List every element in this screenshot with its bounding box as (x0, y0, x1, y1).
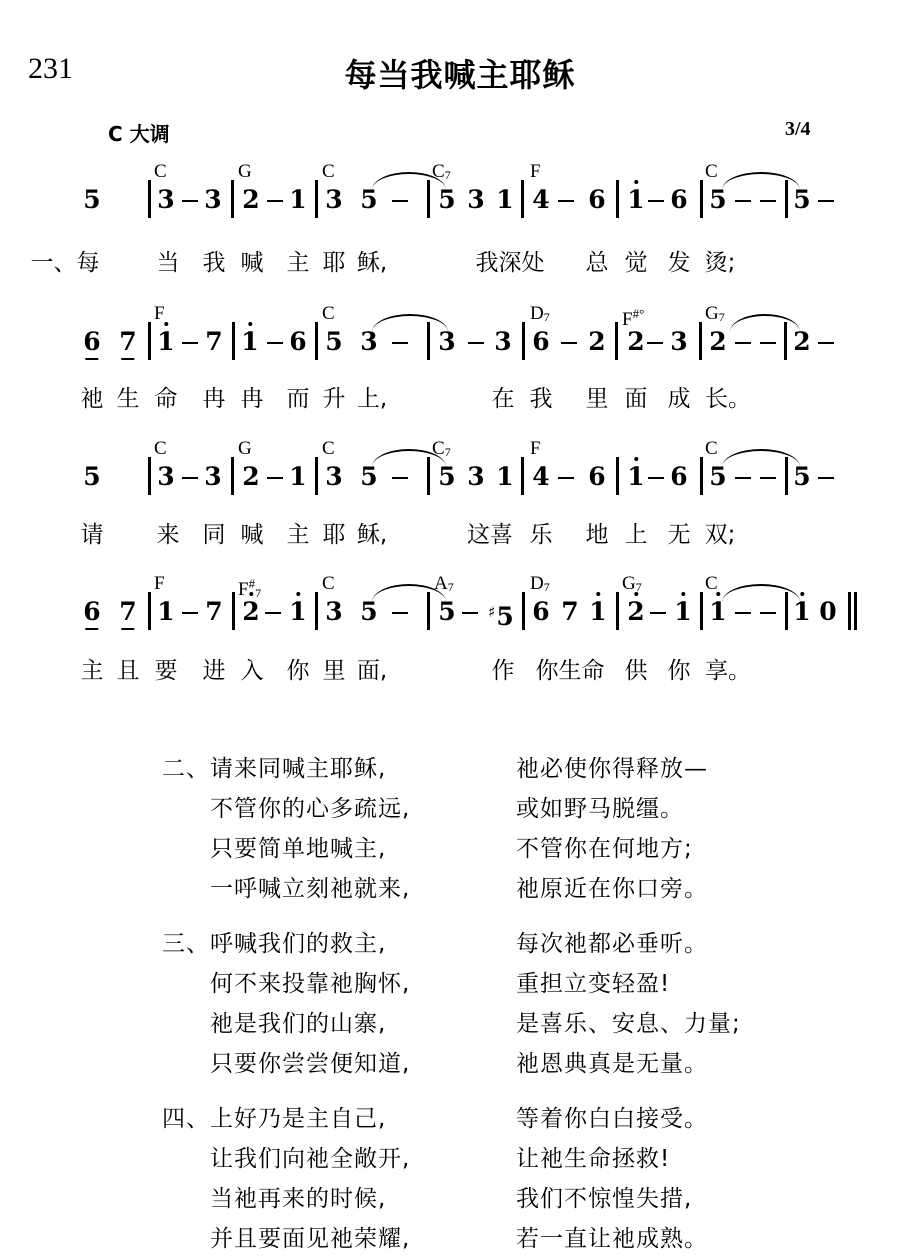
note: 7 (119, 598, 136, 626)
note: 2 (709, 328, 726, 356)
note: 5 (360, 598, 377, 626)
tie-arc (722, 584, 800, 602)
hymn-title-text: 每当我喊主耶稣 (344, 56, 575, 94)
chord-symbol: C (705, 439, 718, 459)
note: 6 (670, 463, 687, 491)
verse-2-right-line: 不管你在何地方; (516, 830, 693, 863)
bar-line (784, 322, 787, 360)
bar-line (785, 592, 788, 630)
note: 6 (289, 328, 306, 356)
lyric-syllable: 双; (705, 516, 736, 549)
chord-symbol: C (154, 162, 167, 182)
lyric-syllable: 命 (155, 380, 178, 413)
note: 4 (532, 186, 549, 214)
lyric-syllable: 发 (668, 244, 691, 277)
lyric-syllable: 乐 (530, 516, 553, 549)
bar-line (427, 180, 430, 218)
lyric-syllable: 里 (586, 380, 609, 413)
chord-symbol: F (530, 439, 541, 459)
duration-dash (392, 612, 408, 614)
chord-symbol: F (154, 574, 165, 594)
bar-line (427, 322, 430, 360)
note: 5 (438, 598, 455, 626)
note: 1 (674, 598, 691, 626)
note: 3 (325, 463, 342, 491)
bar-line (427, 592, 430, 630)
bar-line (615, 322, 618, 360)
lyric-syllable: 主 (81, 652, 104, 685)
note: 1 (627, 186, 644, 214)
note: 6 (83, 328, 100, 356)
note: 5 (83, 186, 100, 214)
lyric-syllable: 这喜 (467, 516, 513, 549)
lyric-syllable: 总 (586, 244, 609, 277)
verse-2-right-line: 祂必使你得释放— (516, 750, 708, 783)
lyric-syllable: 请 (81, 516, 104, 549)
lyric-syllable: 主 (287, 244, 310, 277)
bar-line (522, 592, 525, 630)
lyric-syllable: 来 (157, 516, 180, 549)
chord-symbol: C (322, 162, 335, 182)
duration-dash (558, 477, 574, 479)
bar-line (700, 180, 703, 218)
note: 2 (242, 186, 259, 214)
lyric-syllable: 上, (357, 380, 387, 413)
duration-dash (392, 342, 408, 344)
lyric-syllable: 升 (323, 380, 346, 413)
lyric-syllable: 喊 (241, 244, 264, 277)
lyric-syllable: 进 (203, 652, 226, 685)
duration-dash (267, 200, 283, 202)
note: 2 (588, 328, 605, 356)
chord-symbol: C (705, 574, 718, 594)
chord-symbol: G (238, 162, 252, 182)
note: 5 (793, 186, 810, 214)
duration-dash (818, 342, 834, 344)
lyric-syllable: 喊 (241, 516, 264, 549)
bar-line (148, 180, 151, 218)
duration-dash (182, 342, 198, 344)
duration-dash (265, 612, 281, 614)
chord-symbol: C (154, 439, 167, 459)
lyric-syllable: 耶 (323, 244, 346, 277)
duration-dash (392, 477, 408, 479)
lyric-syllable: 当 (157, 244, 180, 277)
note: 7 (561, 598, 578, 626)
lyric-syllable: 你生命 (536, 652, 605, 685)
duration-dash (182, 477, 198, 479)
lyric-syllable: 面, (357, 652, 387, 685)
lyric-syllable: 享。 (705, 652, 751, 685)
bar-line (315, 592, 318, 630)
bar-line (785, 180, 788, 218)
note: 3 (438, 328, 455, 356)
staff-system-3: 5C33G21C35C7531F4616C55 (0, 445, 910, 505)
lyric-line-2: 祂生命冉冉而升上,在我里面成长。 (0, 380, 910, 410)
verse-2-left-line: 二、请来同喊主耶稣, (162, 750, 386, 783)
staff-system-4: 67F17F#721C35A75♯5D7671G721C110 (0, 580, 910, 640)
note: 5 (325, 328, 342, 356)
duration-dash (267, 342, 283, 344)
lyric-syllable: 供 (625, 652, 648, 685)
note: 3 (204, 463, 221, 491)
bar-line (231, 457, 234, 495)
bar-line (232, 322, 235, 360)
note: 6 (588, 463, 605, 491)
lyric-syllable: 在 (492, 380, 515, 413)
tie-arc (372, 314, 448, 332)
note: 1 (157, 328, 174, 356)
chord-symbol: C (322, 574, 335, 594)
verse-3-right-line: 祂恩典真是无量。 (516, 1045, 708, 1078)
time-signature: 3/4 (785, 118, 811, 141)
lyric-syllable: 你 (668, 652, 691, 685)
note: 5 (83, 463, 100, 491)
duration-dash (648, 200, 664, 202)
note: 5 (438, 463, 455, 491)
verse-2-left-line: 只要简单地喊主, (210, 830, 386, 863)
lyric-syllable: 而 (287, 380, 310, 413)
note: 5 (709, 186, 726, 214)
note: 3 (325, 598, 342, 626)
bar-line (700, 457, 703, 495)
lyric-syllable: 面 (625, 380, 648, 413)
lyric-syllable: 且 (117, 652, 140, 685)
verse-2-left-line: 一呼喊立刻祂就来, (210, 870, 410, 903)
note: 1 (496, 463, 513, 491)
chord-symbol: D7 (530, 574, 550, 597)
bar-line (148, 322, 151, 360)
duration-dash (392, 200, 408, 202)
note: 3 (325, 186, 342, 214)
lyric-syllable: 长。 (705, 380, 751, 413)
verse-2-right-line: 祂原近在你口旁。 (516, 870, 708, 903)
duration-dash (735, 612, 751, 614)
lyric-syllable: 一、每 (31, 244, 100, 277)
chord-symbol: G (238, 439, 252, 459)
lyric-syllable: 作 (492, 652, 515, 685)
lyric-syllable: 稣, (357, 516, 387, 549)
note: 2 (793, 328, 810, 356)
duration-dash (182, 612, 198, 614)
duration-dash (735, 200, 751, 202)
lyric-syllable: 上 (625, 516, 648, 549)
lyric-syllable: 地 (586, 516, 609, 549)
verse-4-left-line: 当祂再来的时候, (210, 1180, 386, 1213)
note: ♯5 (488, 598, 514, 631)
lyric-syllable: 我 (530, 380, 553, 413)
note: 5 (709, 463, 726, 491)
verse-3-left-line: 祂是我们的山寨, (210, 1005, 386, 1038)
chord-symbol: F (530, 162, 541, 182)
note: 1 (241, 328, 258, 356)
note: 6 (588, 186, 605, 214)
bar-line (315, 322, 318, 360)
chord-symbol: C (322, 439, 335, 459)
note: 3 (204, 186, 221, 214)
note: 3 (157, 186, 174, 214)
tie-arc (730, 314, 800, 332)
lyric-syllable: 祂 (81, 380, 104, 413)
bar-line (785, 457, 788, 495)
verse-3-right-line: 是喜乐、安息、力量; (516, 1005, 741, 1038)
verse-3-left-line: 何不来投靠祂胸怀, (210, 965, 410, 998)
note: 2 (627, 598, 644, 626)
bar-line (232, 592, 235, 630)
bar-line (616, 592, 619, 630)
chord-symbol: C (705, 162, 718, 182)
lyric-syllable: 同 (203, 516, 226, 549)
note: 3 (467, 186, 484, 214)
bar-line (148, 592, 151, 630)
note: 1 (589, 598, 606, 626)
note: 5 (360, 463, 377, 491)
bar-line (521, 457, 524, 495)
duration-dash (648, 477, 664, 479)
duration-dash (647, 342, 663, 344)
lyric-syllable: 无 (668, 516, 691, 549)
final-bar-line (848, 592, 851, 630)
verse-4-left-line: 并且要面见祂荣耀, (210, 1220, 410, 1253)
lyric-syllable: 里 (323, 652, 346, 685)
bar-line (315, 457, 318, 495)
verse-3-left-line: 三、呼喊我们的救主, (162, 925, 386, 958)
note: 5 (438, 186, 455, 214)
lyric-line-4: 主且要进入你里面,作你生命供你享。 (0, 652, 910, 682)
note: 1 (627, 463, 644, 491)
note: 4 (532, 463, 549, 491)
hymn-title: 每当我喊主耶稣 (0, 50, 910, 96)
duration-dash (760, 612, 776, 614)
lyric-syllable: 稣, (357, 244, 387, 277)
note: 3 (670, 328, 687, 356)
duration-dash (558, 200, 574, 202)
bar-line (699, 322, 702, 360)
lyric-syllable: 主 (287, 516, 310, 549)
note: 5 (793, 463, 810, 491)
lyric-syllable: 烫; (705, 244, 736, 277)
lyric-syllable: 要 (155, 652, 178, 685)
note: 3 (494, 328, 511, 356)
note: 6 (670, 186, 687, 214)
duration-dash (182, 200, 198, 202)
lyric-syllable: 耶 (323, 516, 346, 549)
note: 7 (119, 328, 136, 356)
chord-symbol: D7 (530, 304, 550, 327)
chord-symbol: C7 (432, 439, 451, 462)
verse-3-right-line: 重担立变轻盈! (516, 965, 670, 998)
note: 1 (289, 463, 306, 491)
staff-system-1: 5C33G21C35C7531F4616C55 (0, 168, 910, 228)
note: 1 (289, 598, 306, 626)
verse-4-left-line: 四、上好乃是主自己, (162, 1100, 386, 1133)
note: 7 (205, 598, 222, 626)
chord-symbol: C (322, 304, 335, 324)
lyric-syllable: 觉 (625, 244, 648, 277)
lyric-syllable: 入 (241, 652, 264, 685)
verse-3-right-line: 每次祂都必垂听。 (516, 925, 708, 958)
duration-dash (818, 477, 834, 479)
duration-dash (760, 477, 776, 479)
bar-line (521, 180, 524, 218)
verse-4-right-line: 若一直让祂成熟。 (516, 1220, 708, 1253)
note: 6 (532, 598, 549, 626)
duration-dash (462, 612, 478, 614)
chord-symbol: G7 (705, 304, 725, 327)
duration-dash (760, 200, 776, 202)
verse-4-right-line: 我们不惊惶失措, (516, 1180, 692, 1213)
note: 2 (627, 328, 644, 356)
note: 1 (793, 598, 810, 626)
duration-dash (267, 477, 283, 479)
note: 5 (360, 186, 377, 214)
note: 1 (709, 598, 726, 626)
note: 2 (242, 598, 259, 626)
lyric-syllable: 我 (203, 244, 226, 277)
lyric-line-1: 一、每当我喊主耶稣,我深处总觉发烫; (0, 244, 910, 274)
duration-dash (760, 342, 776, 344)
lyric-syllable: 你 (287, 652, 310, 685)
bar-line (231, 180, 234, 218)
note: 7 (205, 328, 222, 356)
bar-line (522, 322, 525, 360)
lyric-line-3: 请来同喊主耶稣,这喜乐地上无双; (0, 516, 910, 546)
final-bar-line (854, 592, 857, 630)
note: 1 (289, 186, 306, 214)
verse-4-left-line: 让我们向祂全敞开, (210, 1140, 410, 1173)
chord-symbol: A7 (434, 574, 454, 597)
key-signature: C 大调 (108, 118, 170, 147)
verse-4-right-line: 让祂生命拯救! (516, 1140, 670, 1173)
verse-4-right-line: 等着你白白接受。 (516, 1100, 708, 1133)
bar-line (315, 180, 318, 218)
verse-2-left-line: 不管你的心多疏远, (210, 790, 410, 823)
bar-line (616, 180, 619, 218)
tie-arc (722, 449, 800, 467)
bar-line (148, 457, 151, 495)
note: 6 (532, 328, 549, 356)
chord-symbol: G7 (622, 574, 642, 597)
verse-3-left-line: 只要你尝尝便知道, (210, 1045, 410, 1078)
duration-dash (650, 612, 666, 614)
note: 3 (467, 463, 484, 491)
note: 2 (242, 463, 259, 491)
lyric-syllable: 我深处 (476, 244, 545, 277)
note: 3 (360, 328, 377, 356)
chord-symbol: F (154, 304, 165, 324)
duration-dash (468, 342, 484, 344)
staff-system-2: 67F1716C5333D762F#°23G722 (0, 310, 910, 370)
bar-line (427, 457, 430, 495)
duration-dash (818, 200, 834, 202)
note: 1 (496, 186, 513, 214)
duration-dash (735, 342, 751, 344)
note: 1 (157, 598, 174, 626)
bar-line (616, 457, 619, 495)
duration-dash (561, 342, 577, 344)
verse-2-right-line: 或如野马脱缰。 (516, 790, 684, 823)
note: 3 (157, 463, 174, 491)
duration-dash (735, 477, 751, 479)
lyric-syllable: 冉 (203, 380, 226, 413)
note: 0 (819, 598, 836, 626)
lyric-syllable: 冉 (241, 380, 264, 413)
note: 6 (83, 598, 100, 626)
bar-line (700, 592, 703, 630)
lyric-syllable: 成 (668, 380, 691, 413)
chord-symbol: C7 (432, 162, 451, 185)
lyric-syllable: 生 (117, 380, 140, 413)
tie-arc (722, 172, 800, 190)
